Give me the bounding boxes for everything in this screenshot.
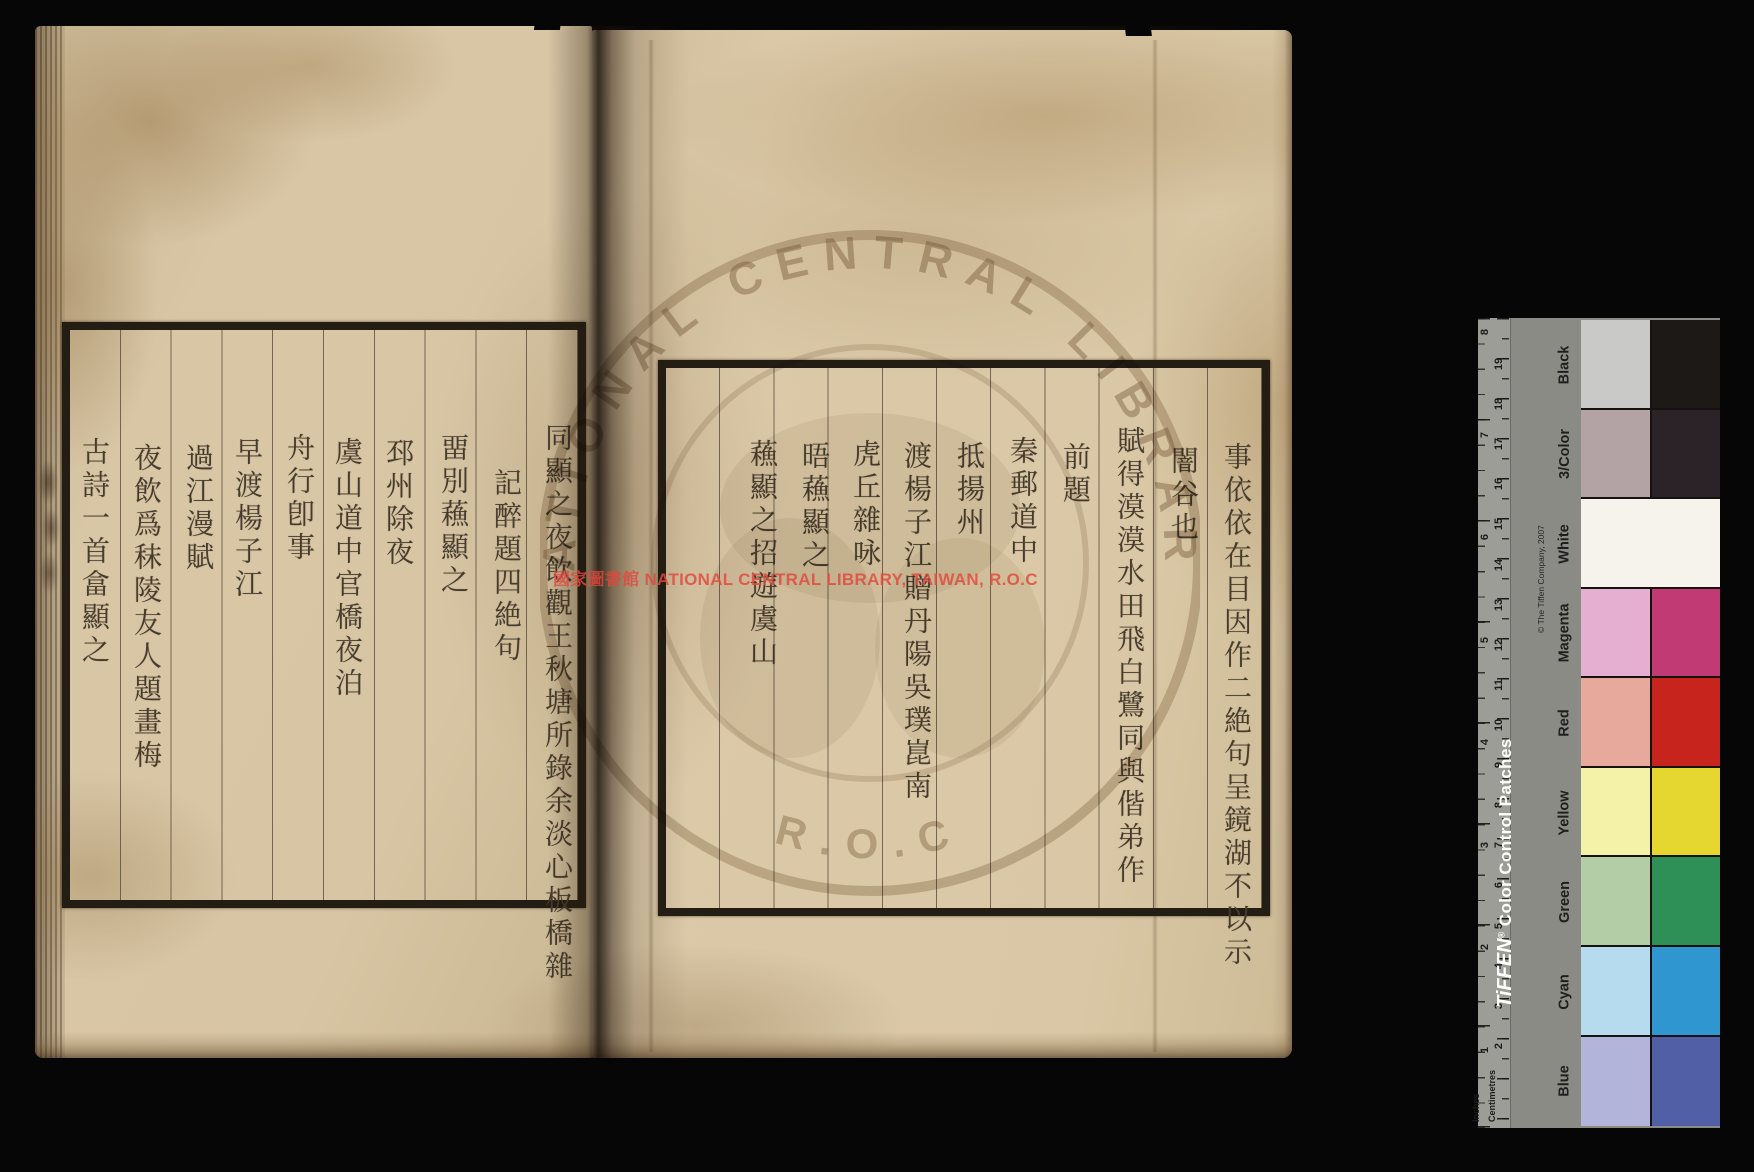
patch-light [1581,947,1650,1035]
patch-label: Red [1557,709,1573,736]
cm-number: 18 [1493,398,1505,410]
poem-title-column: 早渡楊子江 [232,437,266,602]
patch-row-cyan: Cyan [1548,947,1720,1037]
cm-number: 2 [1493,1043,1505,1049]
patch-row-red: Red [1548,678,1720,768]
scan-background: 事依依在目因作二絶句呈鏡湖不以示 闇谷也 賦得漠漠水田飛白鷺同與偕弟作 前題 秦… [0,0,1754,1172]
patch-label: Black [1557,345,1573,384]
poem-title-column: 晤蘓顯之 [799,441,833,573]
cm-number: 10 [1493,719,1505,731]
cm-number: 17 [1493,438,1505,450]
inches-label: Inches [1471,1093,1481,1122]
patch-light [1581,857,1650,945]
page-top-notch [1122,0,1152,36]
poem-title-column: 賦得漠漠水田飛白鷺同與偕弟作 [1114,426,1148,888]
inch-number: 4 [1479,739,1491,745]
brand-registered-mark: ® [1496,931,1506,938]
patch-label: 3/Color [1557,429,1573,479]
patch-light [1581,320,1650,408]
inch-number: 8 [1479,329,1491,335]
spine-ink-smudge [42,508,60,548]
poem-title-column: 秦郵道中 [1007,436,1041,568]
patch-row-magenta: Magenta [1548,589,1720,679]
poem-title-column: 虞山道中官橋夜泊 [332,437,366,701]
tiffen-brand-text: TiFFEN® Color Control Patches [1494,738,1517,1008]
poem-title-column: 闇谷也 [1168,446,1202,545]
patch-label: Yellow [1557,790,1573,835]
patch-strong [1650,320,1721,408]
poem-title-column: 同顯之夜飲觀王秋塘所錄余淡心板橋雜 [542,423,576,984]
copyright-text: © The Tiffen Company, 2007 [1536,525,1546,633]
patch-row-yellow: Yellow [1548,768,1720,858]
inch-numbers: 87654321 [1479,326,1491,1056]
brand-name: TiFFEN [1494,938,1516,1008]
inch-number: 5 [1479,637,1491,643]
cm-number: 12 [1493,639,1505,651]
patch-light [1581,1037,1650,1127]
patch-white [1581,499,1720,587]
patch-label: Blue [1556,1066,1572,1097]
inch-number: 6 [1479,534,1491,540]
patch-row-green: Green [1548,857,1720,947]
patch-light [1581,589,1650,677]
patch-light [1581,410,1650,498]
cm-number: 19 [1493,358,1505,370]
patch-label: Magenta [1557,604,1573,663]
poem-title-column: 邳州除夜 [383,438,417,570]
cm-number: 14 [1493,558,1505,570]
cm-number: 11 [1493,679,1505,691]
inch-number: 2 [1479,944,1491,950]
patch-strong [1650,857,1721,945]
patch-label: Cyan [1557,974,1573,1009]
poem-title-column: 渡楊子江贈丹陽吳璞崑南 [901,441,935,804]
cm-number: 13 [1493,599,1505,611]
poem-title-column: 舟行卽事 [284,433,318,565]
poem-title-column: 古詩一首畣顯之 [79,437,113,668]
patch-strong [1650,768,1721,856]
color-control-card: 87654321 1918171615141312111098765432 In… [1478,318,1720,1128]
poem-title-column: 蘓顯之招遊虞山 [747,439,781,670]
poem-title-column: 前題 [1060,442,1094,508]
poem-title-column: 過江漫賦 [183,443,217,575]
patch-strong [1650,678,1721,766]
centimetres-label: Centimetres [1487,1070,1497,1122]
patch-strong [1650,410,1721,498]
poem-title-column: 畱別蘓顯之 [438,433,472,598]
inch-number: 1 [1479,1047,1491,1053]
patch-row-black: Black [1548,320,1720,410]
inch-number: 7 [1479,432,1491,438]
inch-number: 3 [1479,842,1491,848]
patch-strong [1650,947,1721,1035]
patch-strong [1650,1037,1721,1127]
patch-light [1581,678,1650,766]
page-top-notch [534,0,564,30]
patch-rows: Black 3/Color White Magenta Red Yellow [1548,320,1720,1126]
spine-ink-smudge [39,552,59,594]
spine-ink-smudge [38,460,58,504]
poem-title-column: 夜飲爲秣陵友人題畫梅 [131,443,165,773]
patch-label: Green [1557,881,1573,923]
poem-title-column: 事依依在目因作二絶句呈鏡湖不以示 [1221,442,1255,970]
patch-label: White [1557,524,1573,563]
red-library-watermark: 國家圖書館 NATIONAL CENTRAL LIBRARY, TAIWAN, … [553,565,1153,590]
poem-title-column: 抵揚州 [954,441,988,540]
poem-title-column: 記醉題四絶句 [491,468,525,666]
patch-light [1581,768,1650,856]
poem-title-column: 虎丘雜咏 [850,439,884,571]
cm-number: 15 [1493,518,1505,530]
patch-row-white: White [1548,499,1720,589]
cm-number: 16 [1493,478,1505,490]
card-title: Color Control Patches [1496,738,1515,931]
patch-row-3color: 3/Color [1548,410,1720,500]
patch-row-blue: Blue [1548,1037,1720,1127]
patch-strong [1650,589,1721,677]
